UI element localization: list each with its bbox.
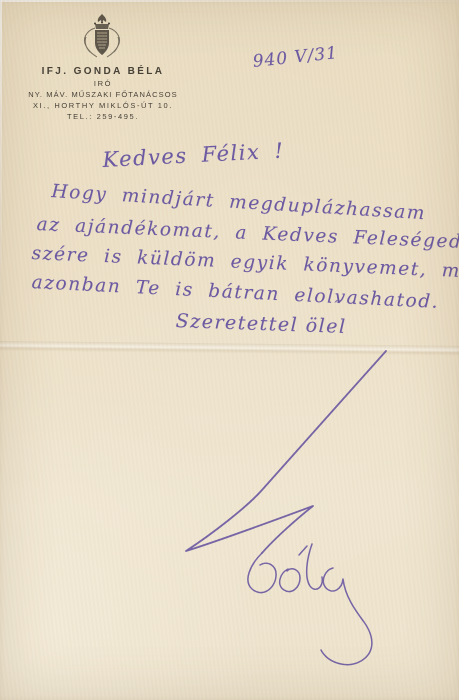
- body-line: azonban Te is bátran elolvashatod.: [31, 274, 439, 312]
- signature-letter-l: [307, 544, 323, 589]
- letterhead-position: NY. MÁV. MŰSZAKI FŐTANÁCSOS: [0, 90, 206, 99]
- letter-photo: IFJ. GONDA BÉLA IRÓ NY. MÁV. MŰSZAKI FŐT…: [0, 0, 459, 700]
- signature-letter-e: [280, 569, 300, 592]
- letterhead-title: IRÓ: [0, 79, 206, 88]
- signature-letter-b: [248, 553, 276, 593]
- closing: Szeretettel ölel: [175, 312, 347, 337]
- signature-accent: [299, 546, 307, 555]
- salutation: Kedves Félix !: [102, 140, 285, 170]
- letterhead-name: IFJ. GONDA BÉLA: [0, 66, 206, 77]
- fold-crease: [0, 341, 459, 356]
- letterhead-address: XI., HORTHY MIKLÓS-ÚT 10.: [0, 101, 206, 110]
- closing-accent-mark: ″: [333, 299, 341, 314]
- scan-edge-left: [0, 0, 2, 330]
- handwritten-date: 940 V/31: [252, 45, 339, 71]
- signature-flourish-stroke: [186, 351, 386, 553]
- scan-edge-top: [0, 0, 459, 2]
- signature-letter-a-tail: [321, 568, 372, 665]
- heraldic-crest-icon: [77, 13, 127, 67]
- letterhead-telephone: TEL.: 259-495.: [0, 112, 206, 121]
